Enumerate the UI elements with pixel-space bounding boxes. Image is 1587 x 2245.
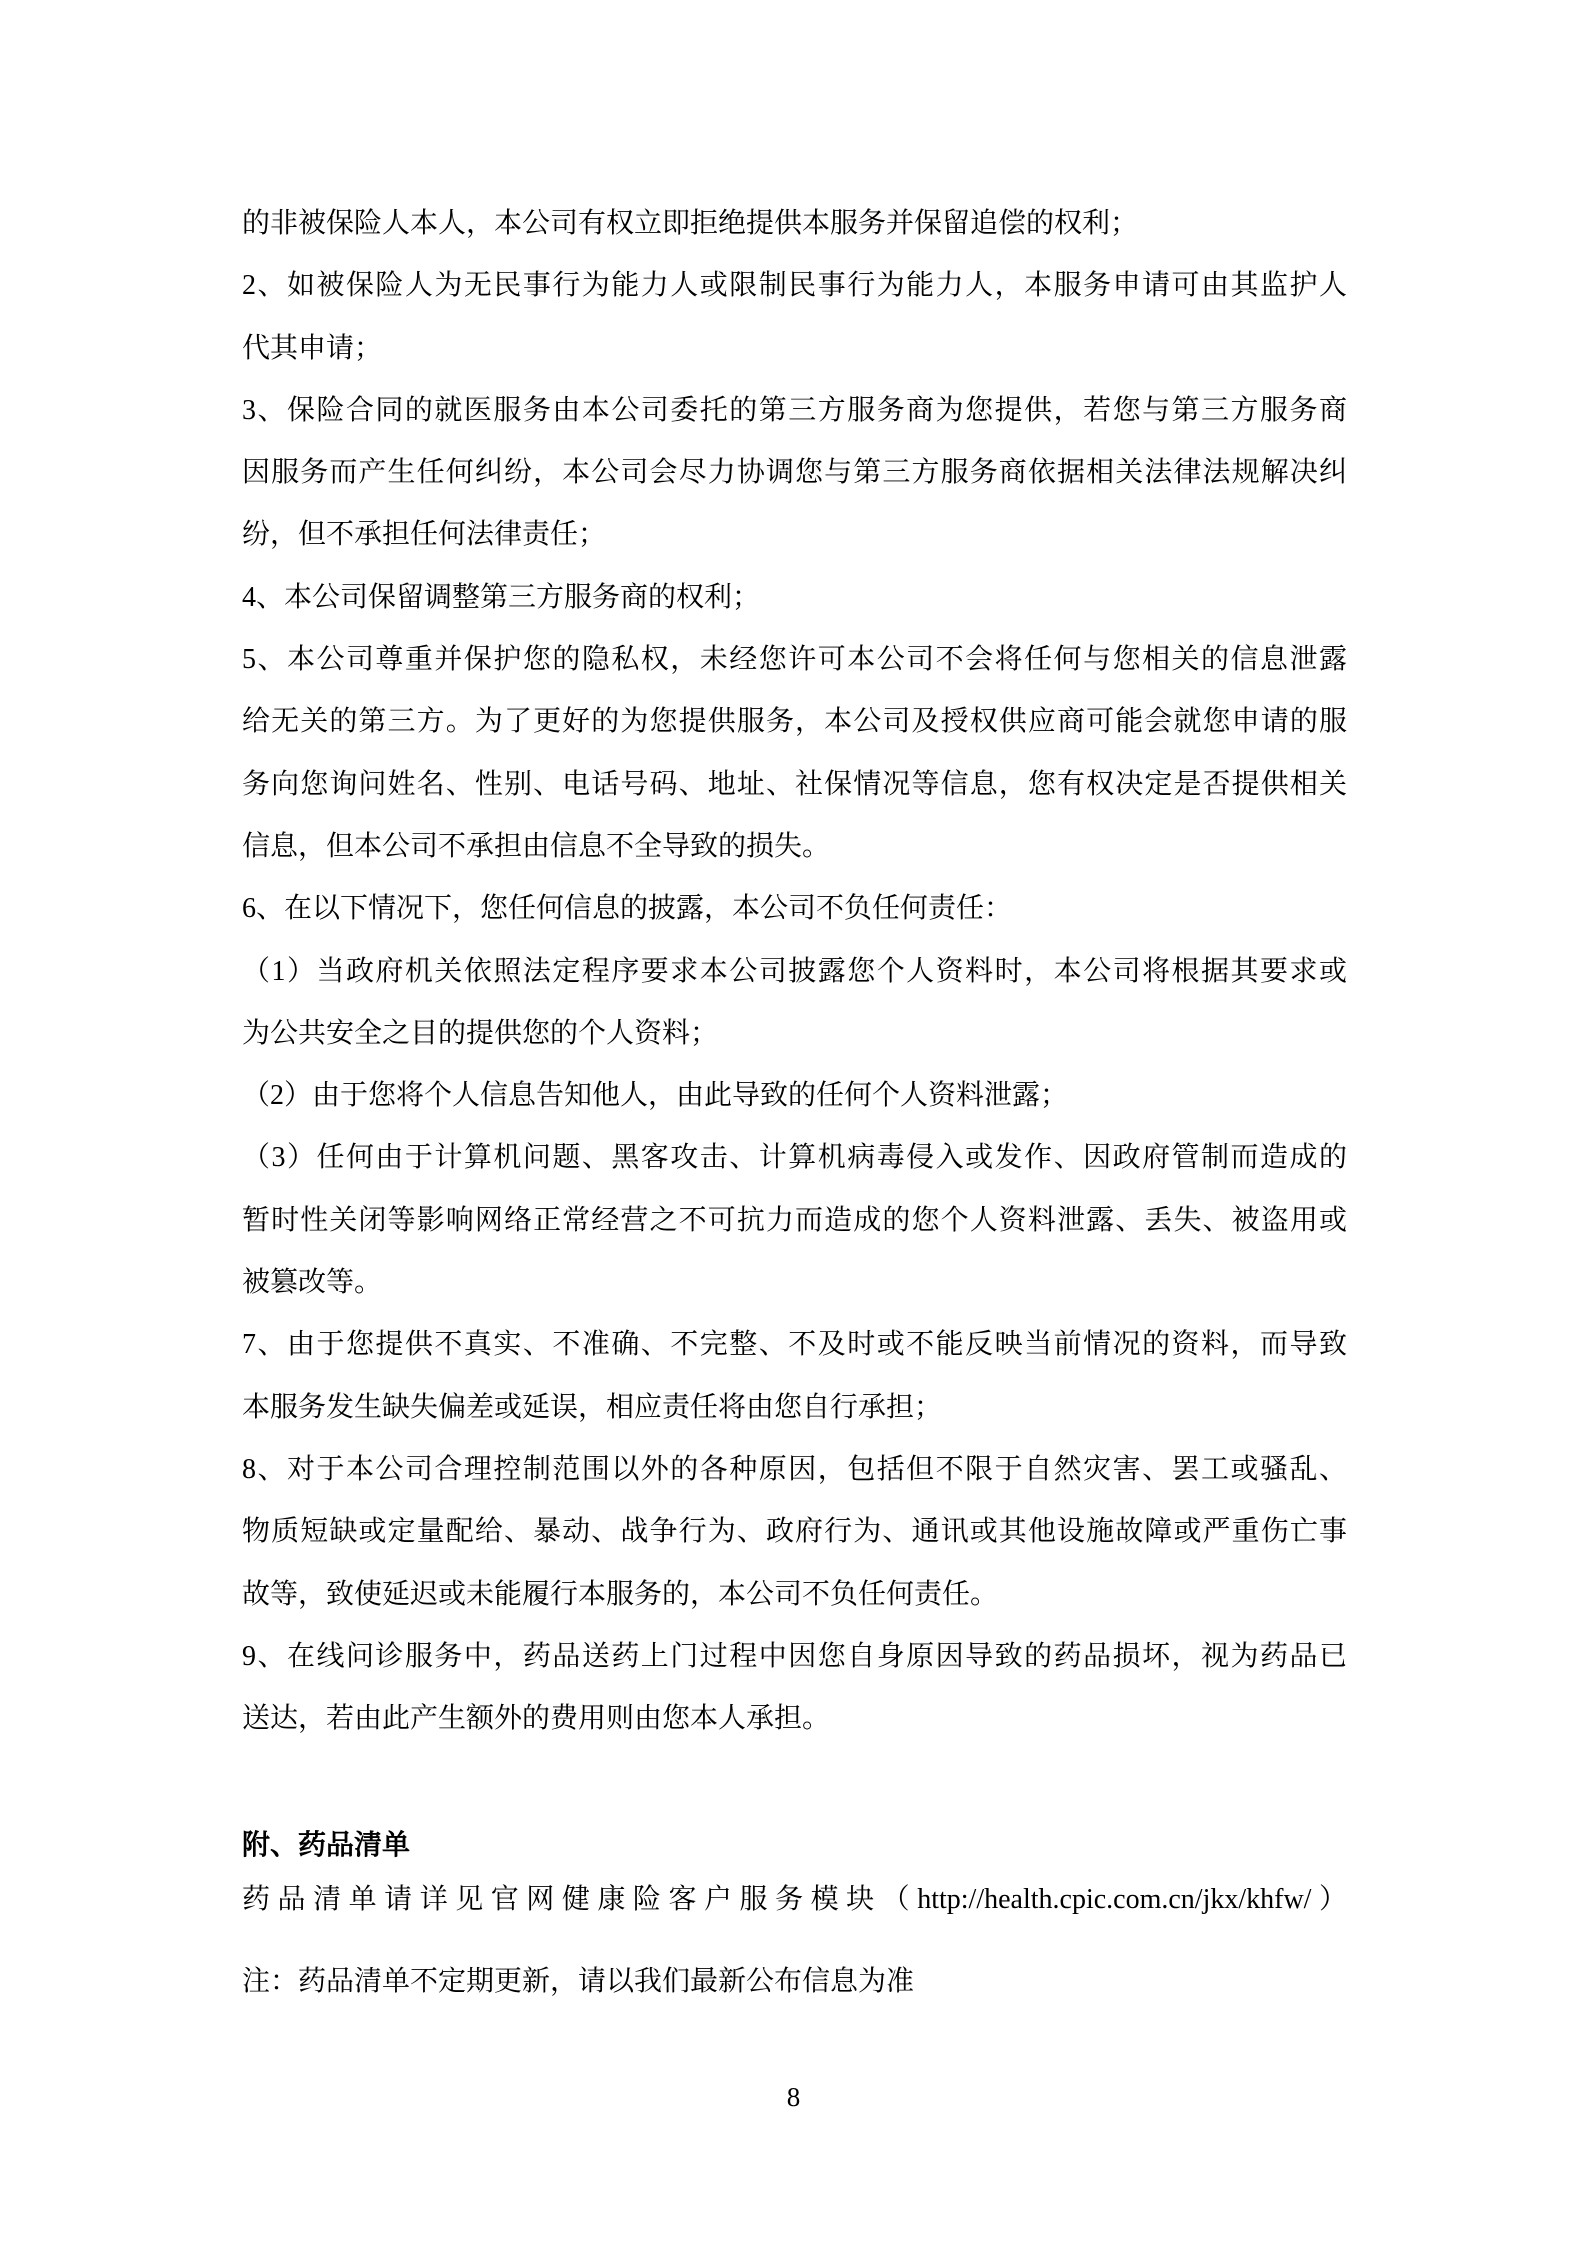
text-line: 2、如被保险人为无民事行为能力人或限制民事行为能力人，本服务申请可由其监护人 [242,255,1347,317]
text-line: 代其申请； [242,318,1347,380]
text-line: 给无关的第三方。为了更好的为您提供服务，本公司及授权供应商可能会就您申请的服 [242,691,1347,753]
text-line: 9、在线问诊服务中，药品送药上门过程中因您自身原因导致的药品损坏，视为药品已 [242,1626,1347,1688]
text-line: 纷，但不承担任何法律责任； [242,504,1347,566]
text-line: 故等，致使延迟或未能履行本服务的，本公司不负任何责任。 [242,1564,1347,1626]
text-line: 信息，但本公司不承担由信息不全导致的损失。 [242,816,1347,878]
text-line: 送达，若由此产生额外的费用则由您本人承担。 [242,1688,1347,1750]
text-line: （3）任何由于计算机问题、黑客攻击、计算机病毒侵入或发作、因政府管制而造成的 [242,1127,1347,1189]
text-line: 为公共安全之目的提供您的个人资料； [242,1003,1347,1065]
text-line: 被篡改等。 [242,1252,1347,1314]
text-line: 8、对于本公司合理控制范围以外的各种原因，包括但不限于自然灾害、罢工或骚乱、 [242,1439,1347,1501]
appendix-heading: 附、药品清单 [242,1828,1347,1864]
text-line: 物质短缺或定量配给、暴动、战争行为、政府行为、通讯或其他设施故障或严重伤亡事 [242,1501,1347,1563]
page-number: 8 [0,2081,1587,2113]
appendix-note-line: 注：药品清单不定期更新，请以我们最新公布信息为准 [242,1964,1347,2000]
appendix-drug-list-line: 药品清单请详见官网健康险客户服务模块（http://health.cpic.co… [242,1882,1347,1918]
text-line: 4、本公司保留调整第三方服务商的权利； [242,567,1347,629]
text-line: 7、由于您提供不真实、不准确、不完整、不及时或不能反映当前情况的资料，而导致 [242,1314,1347,1376]
text-line: 本服务发生缺失偏差或延误，相应责任将由您自行承担； [242,1377,1347,1439]
text-line: 3、保险合同的就医服务由本公司委托的第三方服务商为您提供，若您与第三方服务商 [242,380,1347,442]
text-line: （1）当政府机关依照法定程序要求本公司披露您个人资料时，本公司将根据其要求或 [242,941,1347,1003]
text-line: （2）由于您将个人信息告知他人，由此导致的任何个人资料泄露； [242,1065,1347,1127]
text-line: 5、本公司尊重并保护您的隐私权，未经您许可本公司不会将任何与您相关的信息泄露 [242,629,1347,691]
text-line: 务向您询问姓名、性别、电话号码、地址、社保情况等信息，您有权决定是否提供相关 [242,754,1347,816]
text-line: 因服务而产生任何纠纷，本公司会尽力协调您与第三方服务商依据相关法律法规解决纠 [242,442,1347,504]
text-line: 6、在以下情况下，您任何信息的披露，本公司不负任何责任： [242,878,1347,940]
text-line: 的非被保险人本人，本公司有权立即拒绝提供本服务并保留追偿的权利； [242,193,1347,255]
terms-text-block: 的非被保险人本人，本公司有权立即拒绝提供本服务并保留追偿的权利；2、如被保险人为… [242,193,1347,1750]
document-page: 的非被保险人本人，本公司有权立即拒绝提供本服务并保留追偿的权利；2、如被保险人为… [0,0,1587,2245]
text-line: 暂时性关闭等影响网络正常经营之不可抗力而造成的您个人资料泄露、丢失、被盗用或 [242,1190,1347,1252]
